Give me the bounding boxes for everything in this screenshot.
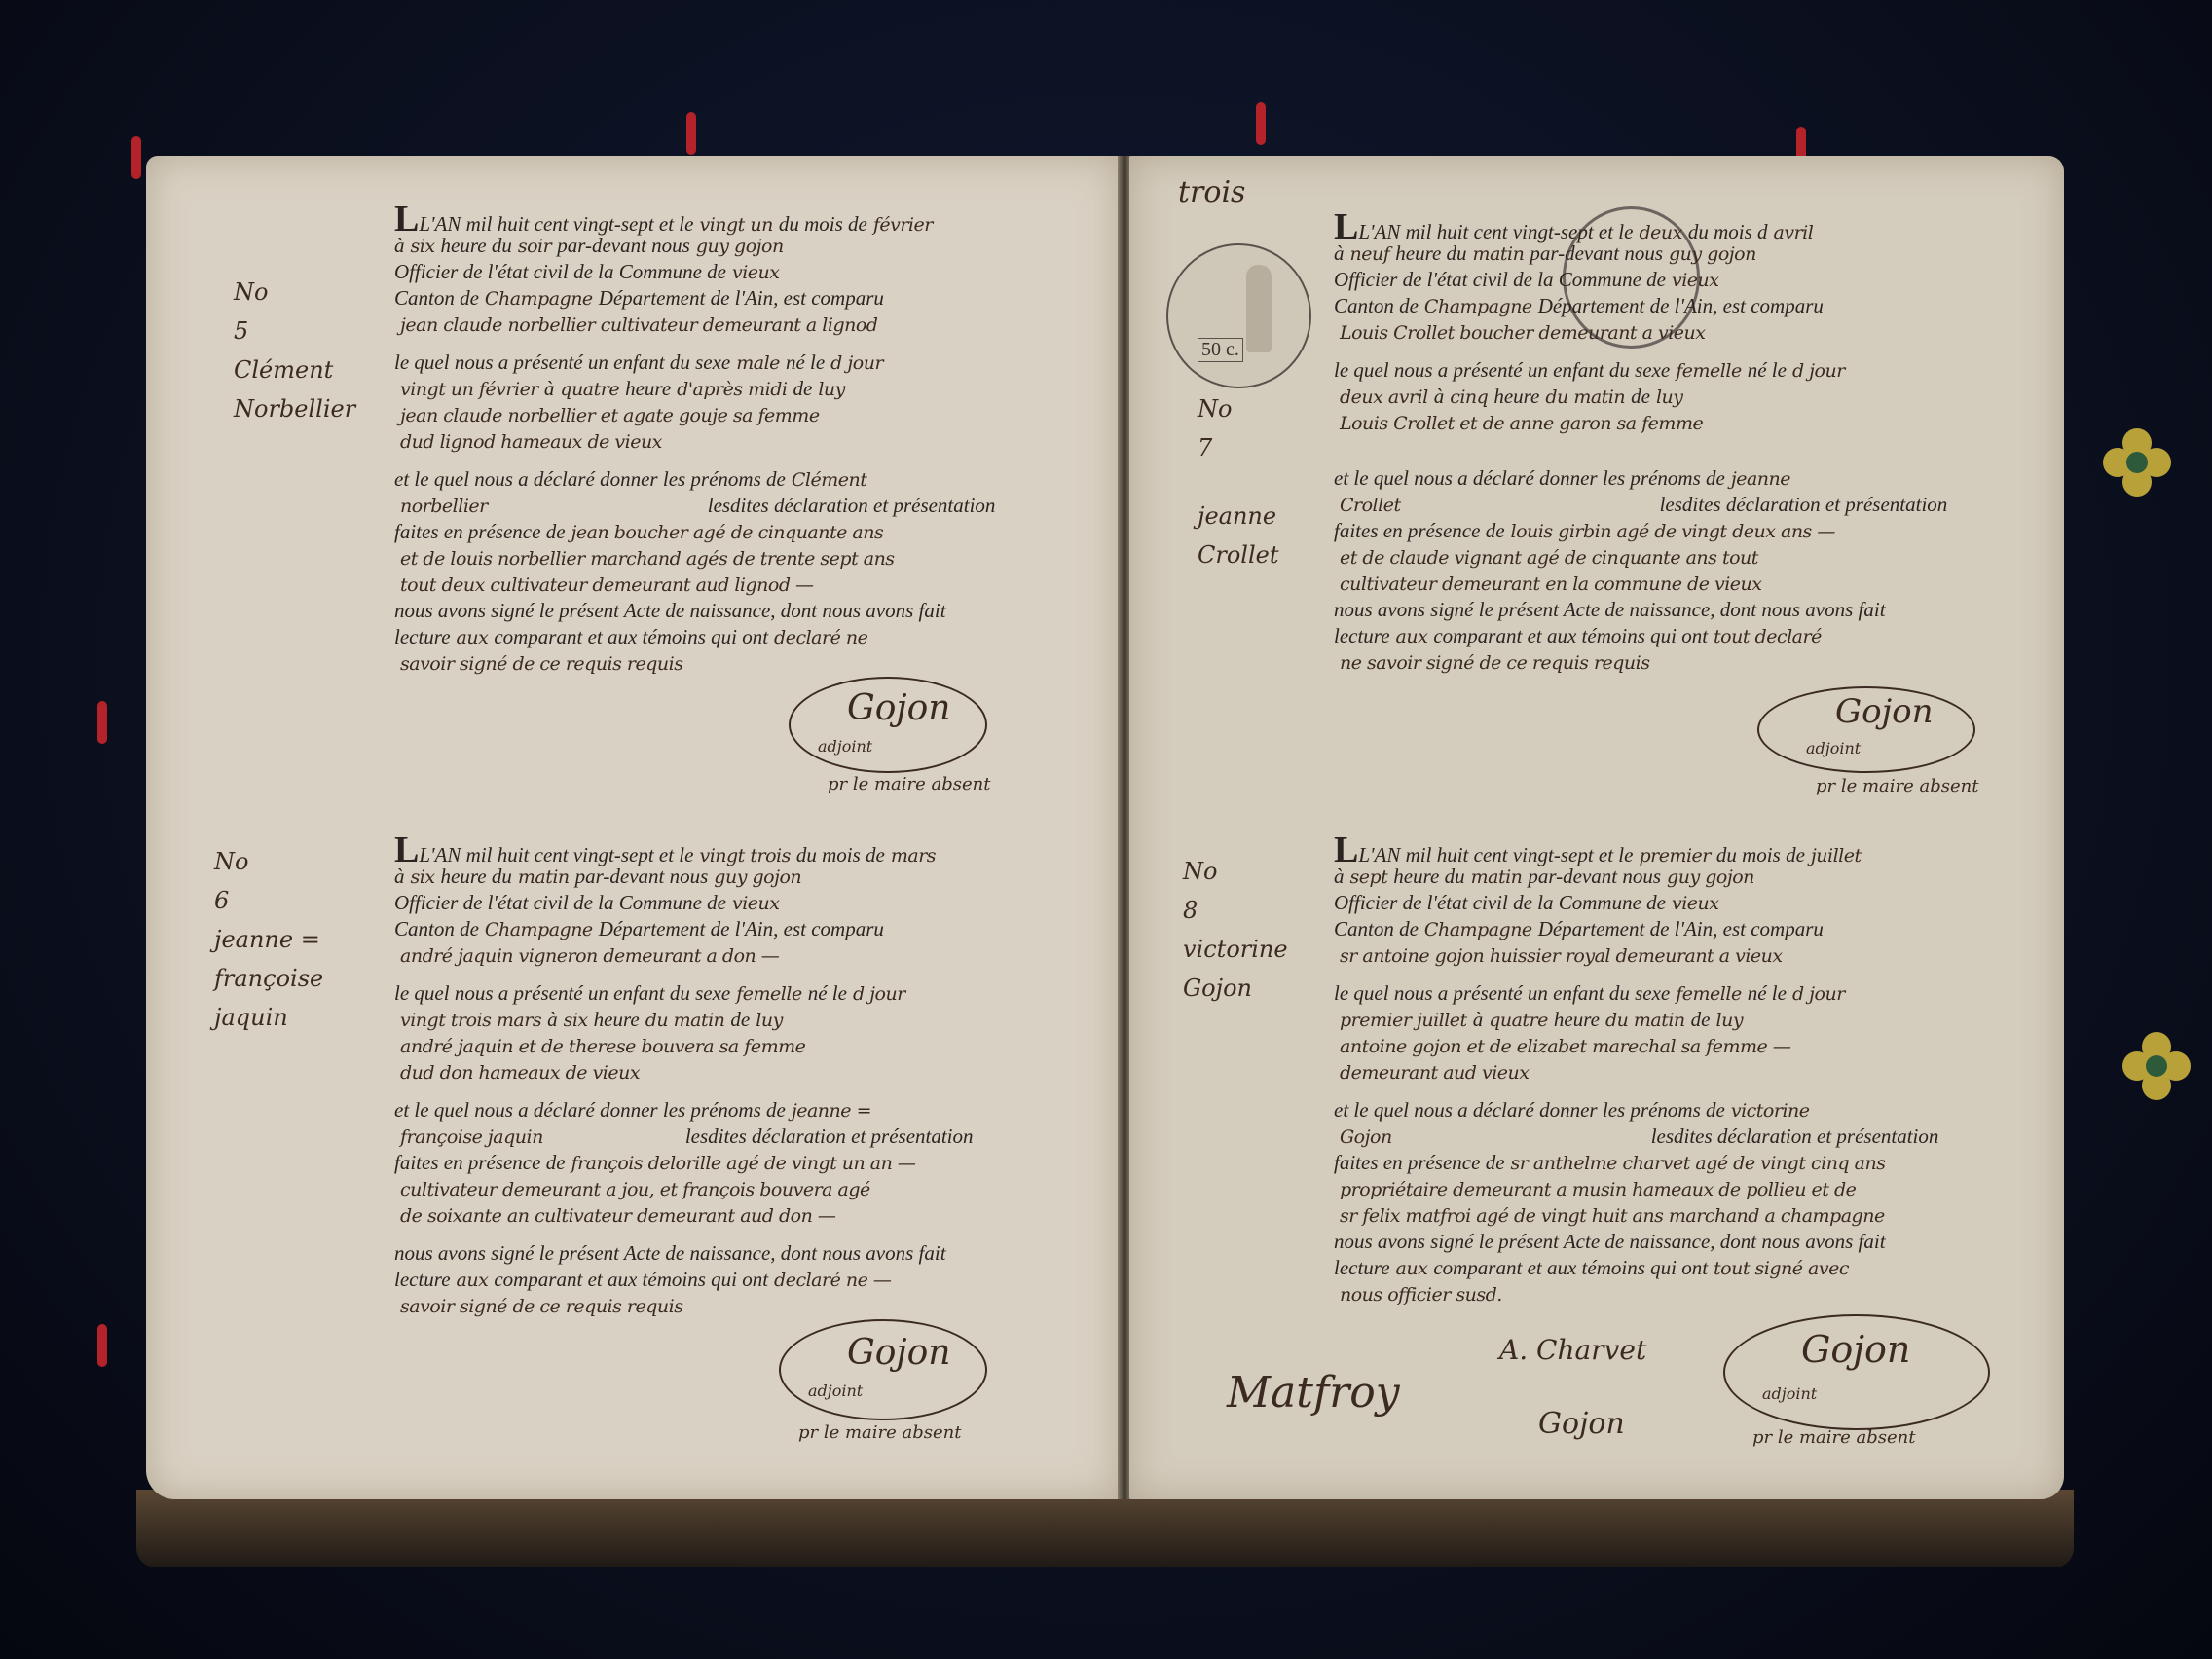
birth-record-6: LL'AN mil huit cent vingt-sept et leving… [394,837,974,1319]
embroidered-stitch-icon [97,1324,107,1367]
header-note: trois [1178,173,1245,212]
witness-signature-matfroy: Matfroy [1227,1368,1400,1418]
margin-note-record-6: No 6 jeanne = françoise jaquin [214,842,323,1037]
margin-note-record-7: No 7 jeanne Crollet [1198,389,1278,574]
margin-note-record-5: No 5 Clément Norbellier [234,273,355,428]
signature-gojon: Gojon adjoint pr le maire absent [1757,686,2010,813]
page-block-edge [136,1490,2074,1567]
tax-stamp: 50 c. [1166,243,1311,388]
birth-record-5: LL'AN mil huit cent vingt-sept et leving… [394,206,995,677]
birth-record-8: LL'AN mil huit cent vingt-sept et leprem… [1334,837,1938,1308]
embroidered-stitch-icon [1256,102,1266,145]
signature-gojon: Gojon adjoint pr le maire absent [779,1319,1013,1456]
birth-record-7: LL'AN mil huit cent vingt-sept et ledeux… [1334,214,1947,676]
witness-signature-gojon: Gojon [1538,1407,1625,1441]
embroidered-flower-icon [2103,428,2171,497]
right-page: trois 50 c. No 7 jeanne Crollet LL'AN mi… [1129,156,2064,1499]
left-page: No 5 Clément Norbellier LL'AN mil huit c… [146,156,1120,1499]
open-register-book: No 5 Clément Norbellier LL'AN mil huit c… [127,146,2083,1529]
embroidered-stitch-icon [97,701,107,744]
witness-signature-charvet: A. Charvet [1499,1334,1646,1366]
signature-gojon: Gojon adjoint pr le maire absent [789,677,1013,803]
margin-note-record-8: No 8 victorine Gojon [1183,852,1288,1008]
embroidered-flower-icon [2122,1032,2191,1100]
signature-gojon: Gojon adjoint pr le maire absent [1723,1314,2006,1470]
